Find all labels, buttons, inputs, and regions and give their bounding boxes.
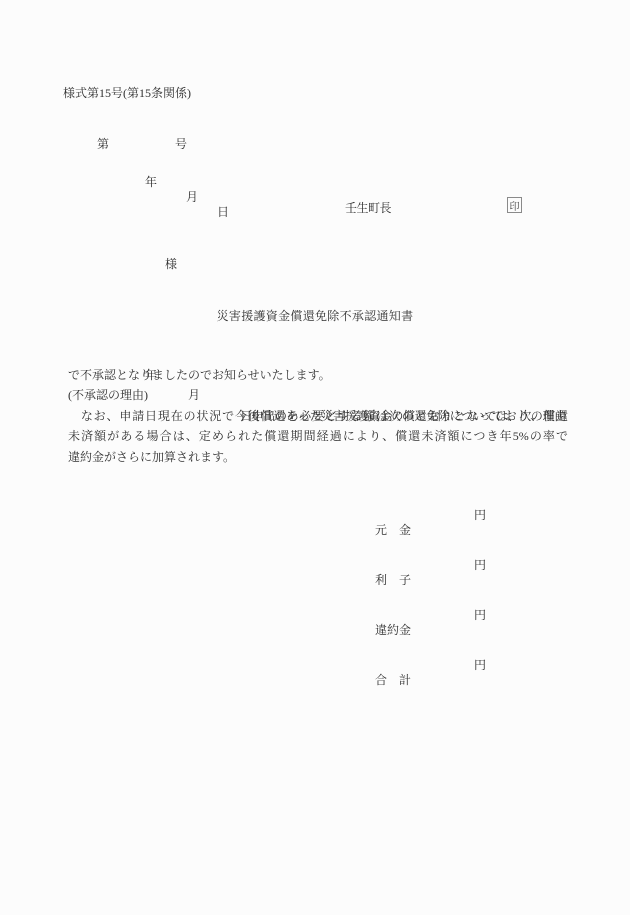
amount-row-interest: 利 子 円 (357, 556, 411, 576)
date-year-label: 年 (145, 173, 157, 190)
amount-label: 利 子 (375, 573, 411, 587)
body-date-day-and-text: 日申出のあった災害援護資金の償還免除については、次の理由 (240, 406, 566, 427)
seal-box: 印 (507, 197, 522, 213)
body-date-year-label: 年 (145, 365, 157, 386)
document-title: 災害援護資金償還免除不承認通知書 (0, 307, 630, 324)
body-line-date-sentence: 年 月 日申出のあった災害援護資金の償還免除については、次の理由 (68, 344, 568, 365)
document-page: 様式第15号(第15条関係) 第号 年 月 日 壬生町長 印 様 災害援護資金償… (0, 0, 630, 915)
recipient-honorific: 様 (165, 255, 177, 272)
amount-label: 合 計 (375, 673, 411, 687)
amount-unit: 円 (474, 506, 486, 523)
seal-label: 印 (510, 198, 520, 213)
amount-label: 違約金 (375, 623, 411, 637)
date-line: 年 月 日 (0, 158, 630, 174)
date-day-label: 日 (217, 203, 229, 220)
amount-label: 元 金 (375, 523, 411, 537)
amount-unit: 円 (474, 606, 486, 623)
body-line: 違約金がさらに加算されます。 (68, 447, 568, 468)
body-date-month-label: 月 (188, 385, 200, 406)
doc-number-prefix: 第 (97, 137, 109, 151)
amount-unit: 円 (474, 556, 486, 573)
amount-row-total: 合 計 円 (357, 656, 411, 676)
body-line: 未済額がある場合は、定められた償還期間経過により、償還未済額につき年5%の率で (68, 426, 568, 447)
amounts-table: 元 金 円 利 子 円 違約金 円 合 計 円 (357, 476, 411, 706)
sender-name: 壬生町長 (345, 199, 391, 216)
reason-heading: (不承認の理由) (68, 385, 568, 406)
amount-unit: 円 (474, 656, 486, 673)
amount-row-penalty: 違約金 円 (357, 606, 411, 626)
amount-row-principal: 元 金 円 (357, 506, 411, 526)
body-line: で不承認となりましたのでお知らせいたします。 (68, 365, 568, 386)
date-month-label: 月 (186, 188, 198, 205)
body-text: 年 月 日申出のあった災害援護資金の償還免除については、次の理由 で不承認となり… (68, 344, 568, 467)
form-number: 様式第15号(第15条関係) (63, 84, 191, 101)
doc-number-suffix: 号 (175, 137, 187, 151)
